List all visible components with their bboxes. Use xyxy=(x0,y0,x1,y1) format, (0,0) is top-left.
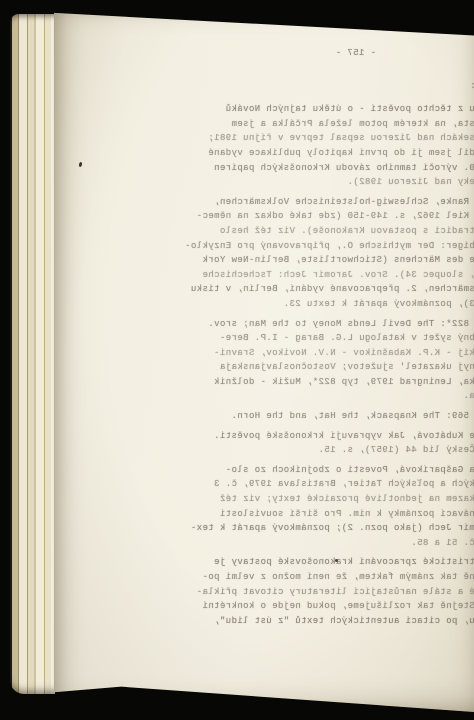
note-line: AaTh 569: The Knapsack, the Hat, and the… xyxy=(190,409,474,424)
notes-list: 1)Jednu z těchto pověstí - o útěku tajný… xyxy=(190,102,474,628)
note-line: obecně tak známým faktem, že není možno … xyxy=(190,570,474,585)
note-line: látku, po citaci autentických textů "z ú… xyxy=(190,614,474,629)
note-line: III. Kiel 1962, s. 149-150 (zde také odk… xyxy=(185,209,474,224)
page-stack-fore-edges xyxy=(10,14,55,694)
note-body: Jednu z těchto pověstí - o útěku tajných… xyxy=(190,102,474,190)
note-line: (Paseky nad Jizerou 1982). xyxy=(190,175,474,190)
page-number: - 157 - xyxy=(335,46,376,61)
note-line: Kurt Ranke, Schleswig-holsteinische Volk… xyxy=(185,195,474,210)
note-line: Jaromír Jech (jako pozn. 2); poznámkový … xyxy=(190,521,474,536)
note-item: 5)Marie Kubátová, Jak vypravují krkonošs… xyxy=(190,429,474,458)
note-body: AaTh 822*: The Devil Lends Money to the … xyxy=(190,317,474,405)
note-line: Jednu z těchto pověstí - o útěku tajných… xyxy=(190,102,474,117)
note-line: srovnávací poznámky k nim. Pro širší sou… xyxy=(190,507,474,522)
note-line: Beletristické zpracování krakonošovské p… xyxy=(190,555,474,570)
note-line: a odkazem na jednotlivé prozaické texty;… xyxy=(190,492,474,507)
note-line: z místa, na kterém potom ležela Prčálka … xyxy=(190,117,474,132)
note-line: (1983), poznámkový aparát k textu 23. xyxy=(185,297,474,312)
note-line: zovskij - K.P. Kabašnikov - N.V. Novikov… xyxy=(190,346,474,361)
note-body: Marie Kubátová, Jak vypravují krkonošské… xyxy=(190,429,474,458)
note-line: zařadil jsem ji do první kapitoly publik… xyxy=(190,146,474,161)
note-item: 4)AaTh 569: The Knapsack, the Hat, and t… xyxy=(190,409,474,424)
note-line: tům č. 51 a 85. xyxy=(190,536,474,551)
note-body: Beletristické zpracování krakonošovské p… xyxy=(190,555,474,628)
note-body: Kurt Ranke, Schleswig-holsteinische Volk… xyxy=(185,195,474,312)
note-line: obdobný syžet v katalogu L.G. Barag - I.… xyxy=(190,331,474,346)
note-line: tel'nyj ukazatel' sjužetov; Vostočnoslav… xyxy=(190,360,474,375)
book-page: - 157 - Poznámky: 1)Jednu z těchto pověs… xyxy=(54,8,474,712)
note-body: Viera Gašparíková, Povesti o zbojníkoch … xyxy=(190,463,474,551)
note-line: skazka, Leningrad 1979, typ 822*, Mužik … xyxy=(190,375,474,390)
note-body: AaTh 569: The Knapsack, the Hat, and the… xyxy=(190,409,474,424)
notes-heading: Poznámky: xyxy=(470,79,474,94)
note-line: 1976, sloupec 34). Srov. Jaromír Jech: T… xyxy=(185,268,474,283)
note-item: 2)Kurt Ranke, Schleswig-holsteinische Vo… xyxy=(190,195,474,312)
note-item: 6)Viera Gašparíková, Povesti o zbojníkoc… xyxy=(190,463,474,551)
note-line: pädie des Märchens (Stichwortliste, Berl… xyxy=(185,253,474,268)
ink-speck xyxy=(335,559,338,562)
note-item: 7)Beletristické zpracování krakonošovské… xyxy=(190,555,474,628)
note-item: 1)Jednu z těchto pověstí - o útěku tajný… xyxy=(190,102,474,190)
note-line: čerta. xyxy=(190,389,474,404)
note-line: Gläubiger: Der mythische O., připravovan… xyxy=(185,239,474,254)
note-line: v Pasekách nad Jizerou sepsal teprve v ř… xyxy=(190,131,474,146)
note-line: Viera Gašparíková, Povesti o zbojníkoch … xyxy=(190,463,474,478)
note-line: četné a stále narůstající literatury cit… xyxy=(190,585,474,600)
note-line: Volksmärchen, 2. přepracované vydání, Be… xyxy=(185,282,474,297)
note-line: In: Český lid 44 (1957), s. 15. xyxy=(190,443,474,458)
note-line: AaTh 822*: The Devil Lends Money to the … xyxy=(190,317,474,332)
note-line: kou tradici s postavou Krakonoše). Viz t… xyxy=(185,224,474,239)
note-line: venských a poľských Tatier, Bratislava 1… xyxy=(190,477,474,492)
note-line: Marie Kubátová, Jak vypravují krkonošské… xyxy=(190,429,474,444)
note-line: k 100. výročí tamního závodu Krkonošskýc… xyxy=(190,161,474,176)
bleed-through-text: - 157 - Poznámky: 1)Jednu z těchto pověs… xyxy=(190,36,474,644)
note-item: 3)AaTh 822*: The Devil Lends Money to th… xyxy=(190,317,474,405)
book-scan: - 157 - Poznámky: 1)Jednu z těchto pověs… xyxy=(0,0,474,720)
note-line: dy. Stejně tak rozlišujeme, pokud nejde … xyxy=(190,599,474,614)
